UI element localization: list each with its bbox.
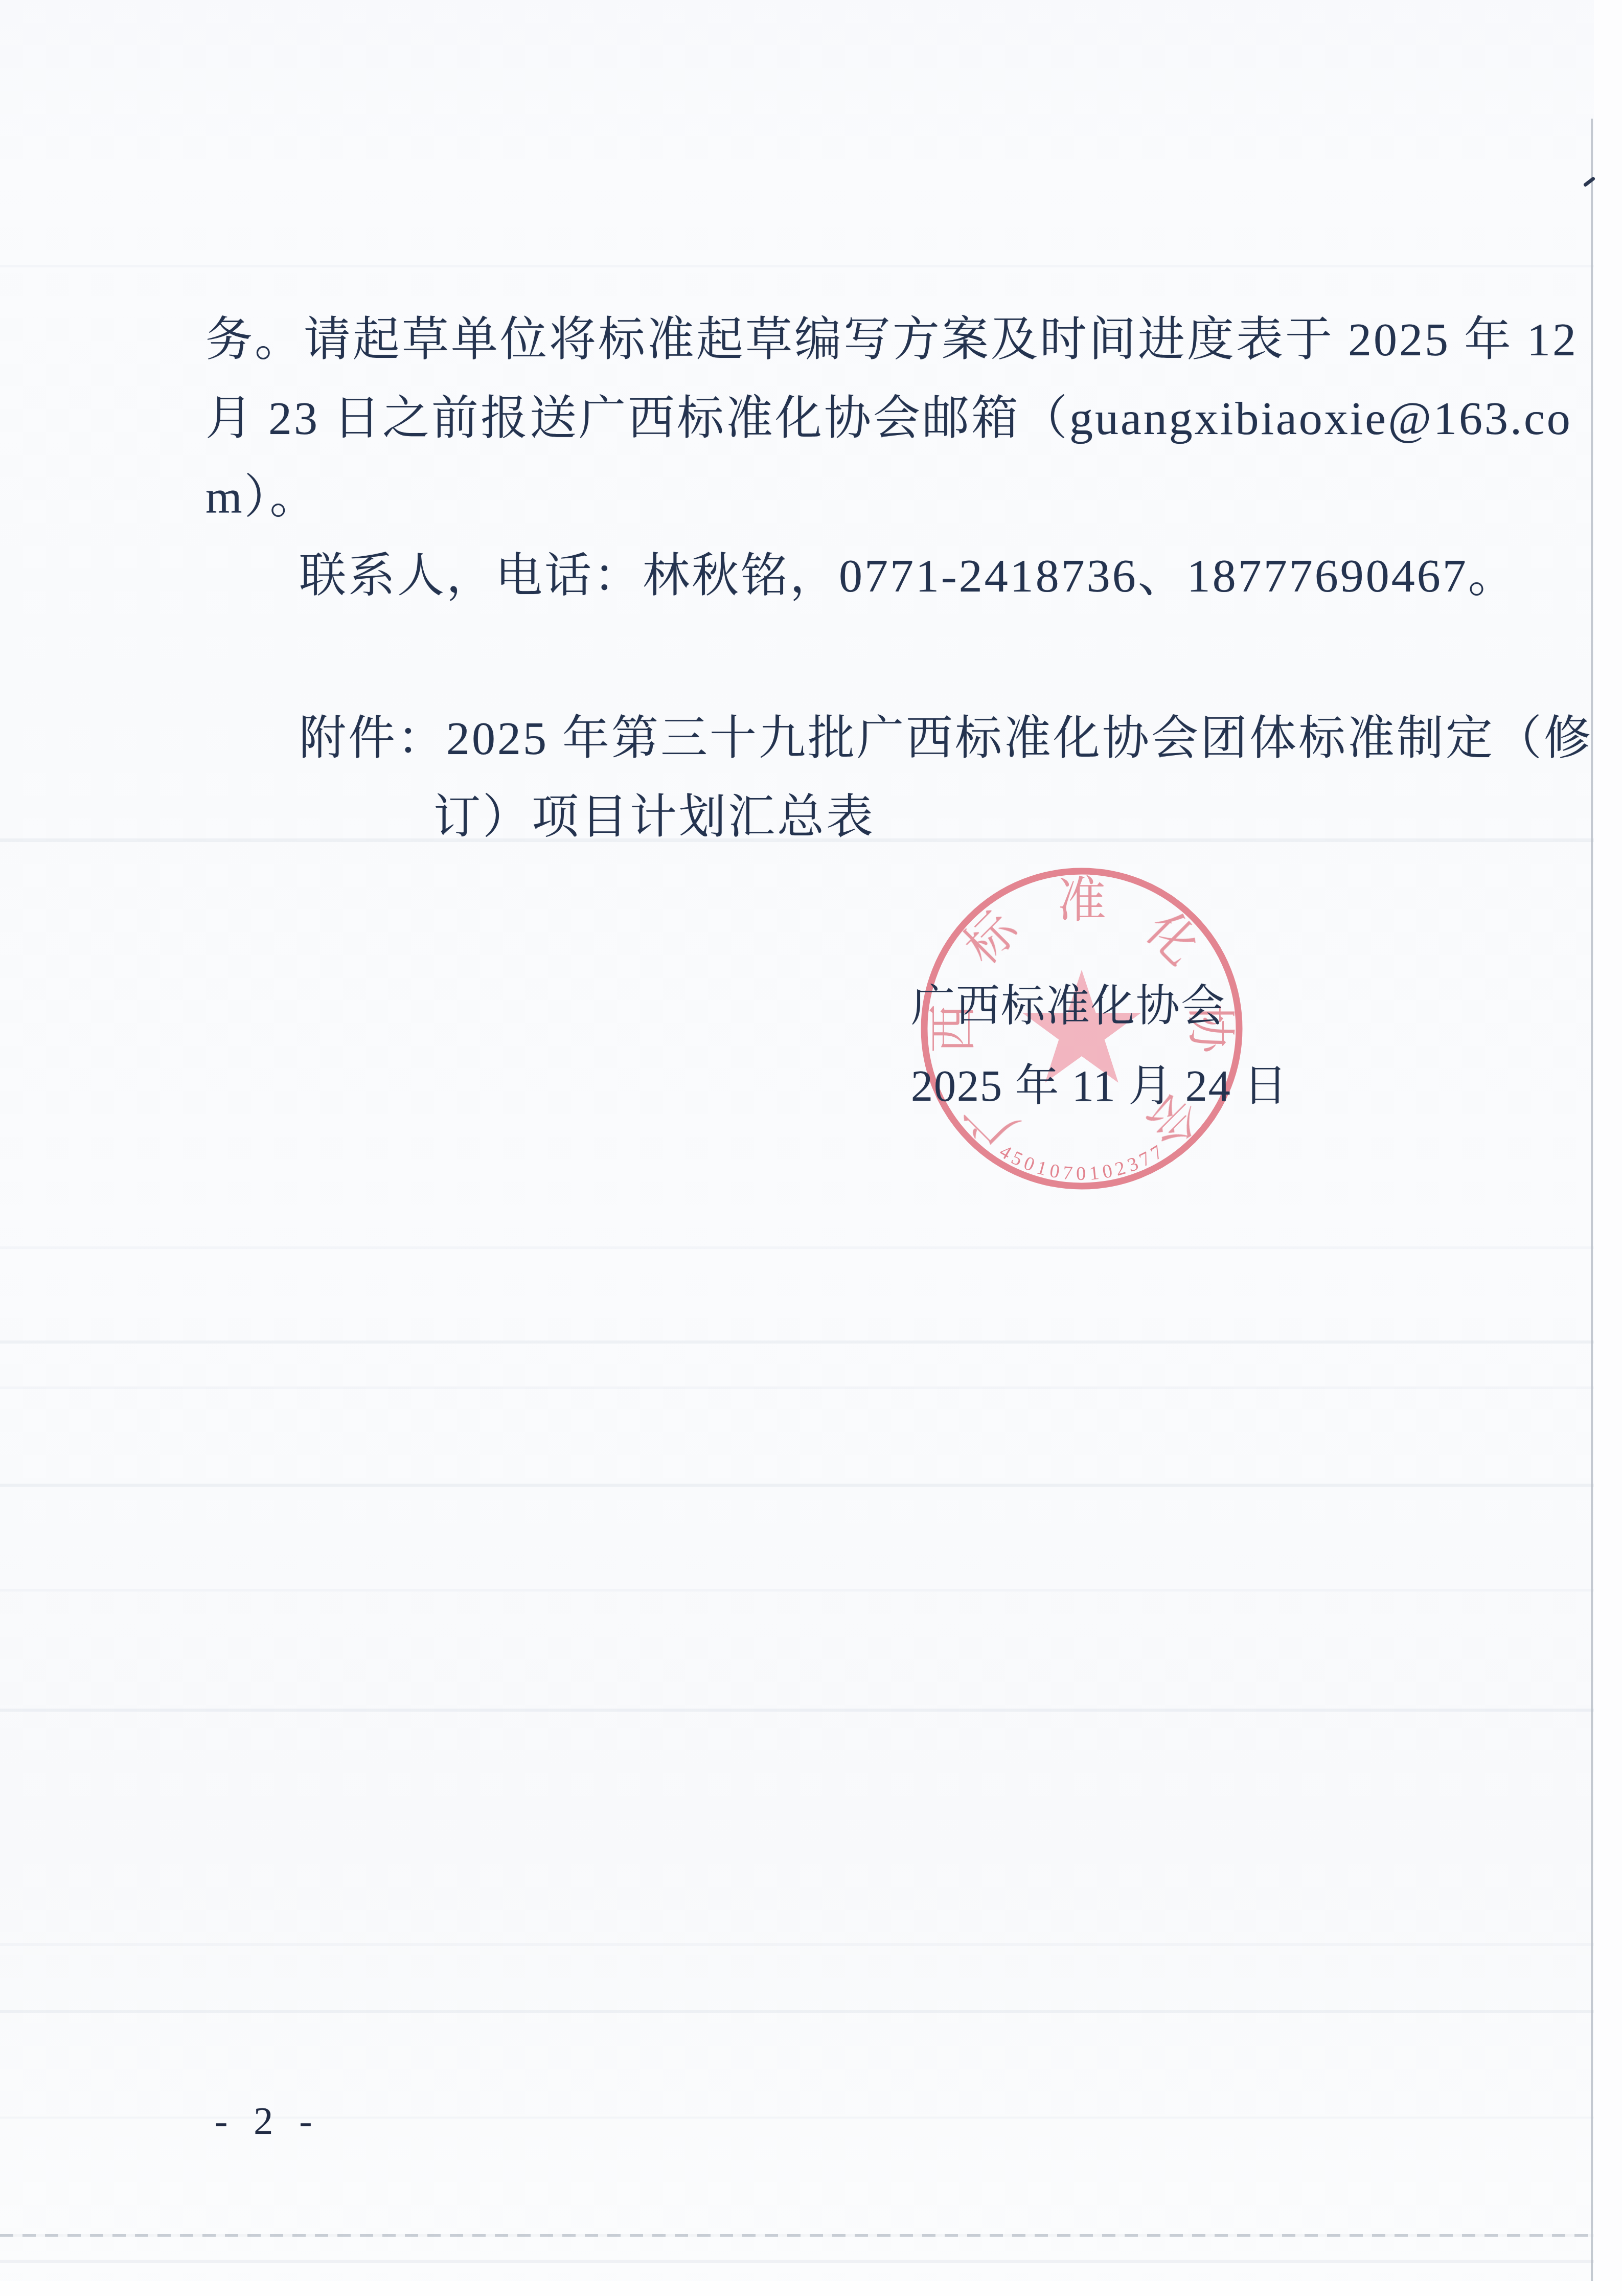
attachment-line-1: 附件：2025 年第三十九批广西标准化协会团体标准制定（修 xyxy=(299,713,1593,764)
attachment-line-2: 订）项目计划汇总表 xyxy=(433,792,875,843)
scan-edge-line xyxy=(1591,119,1593,2282)
scanned-document-page: 广 西 标 准 化 协 会 4501070102377 务。请起草单位将标准起草… xyxy=(0,0,1622,2296)
page-edge-strip xyxy=(1594,0,1622,2296)
page-bottom-strip xyxy=(0,2281,1622,2296)
page-number: - 2 - xyxy=(215,2100,321,2142)
paragraph-line-3: m）。 xyxy=(205,472,319,522)
paragraph-line-1: 务。请起草单位将标准起草编写方案及时间进度表于 2025 年 12 xyxy=(205,314,1578,365)
seal-arc-char: 化 xyxy=(1136,901,1209,974)
signature-date: 2025 年 11 月 24 日 xyxy=(911,1062,1288,1110)
seal-arc-char: 标 xyxy=(954,900,1029,974)
official-seal: 广 西 标 准 化 协 会 4501070102377 xyxy=(905,849,1268,1217)
signature-org: 广西标准化协会 xyxy=(911,983,1226,1030)
paragraph-line-2: 月 23 日之前报送广西标准化协会邮箱（guangxibiaoxie@163.c… xyxy=(205,393,1572,444)
contact-line: 联系人，电话：林秋铭，0771-2418736、18777690467。 xyxy=(299,551,1517,601)
seal-arc-char: 准 xyxy=(1057,873,1106,927)
